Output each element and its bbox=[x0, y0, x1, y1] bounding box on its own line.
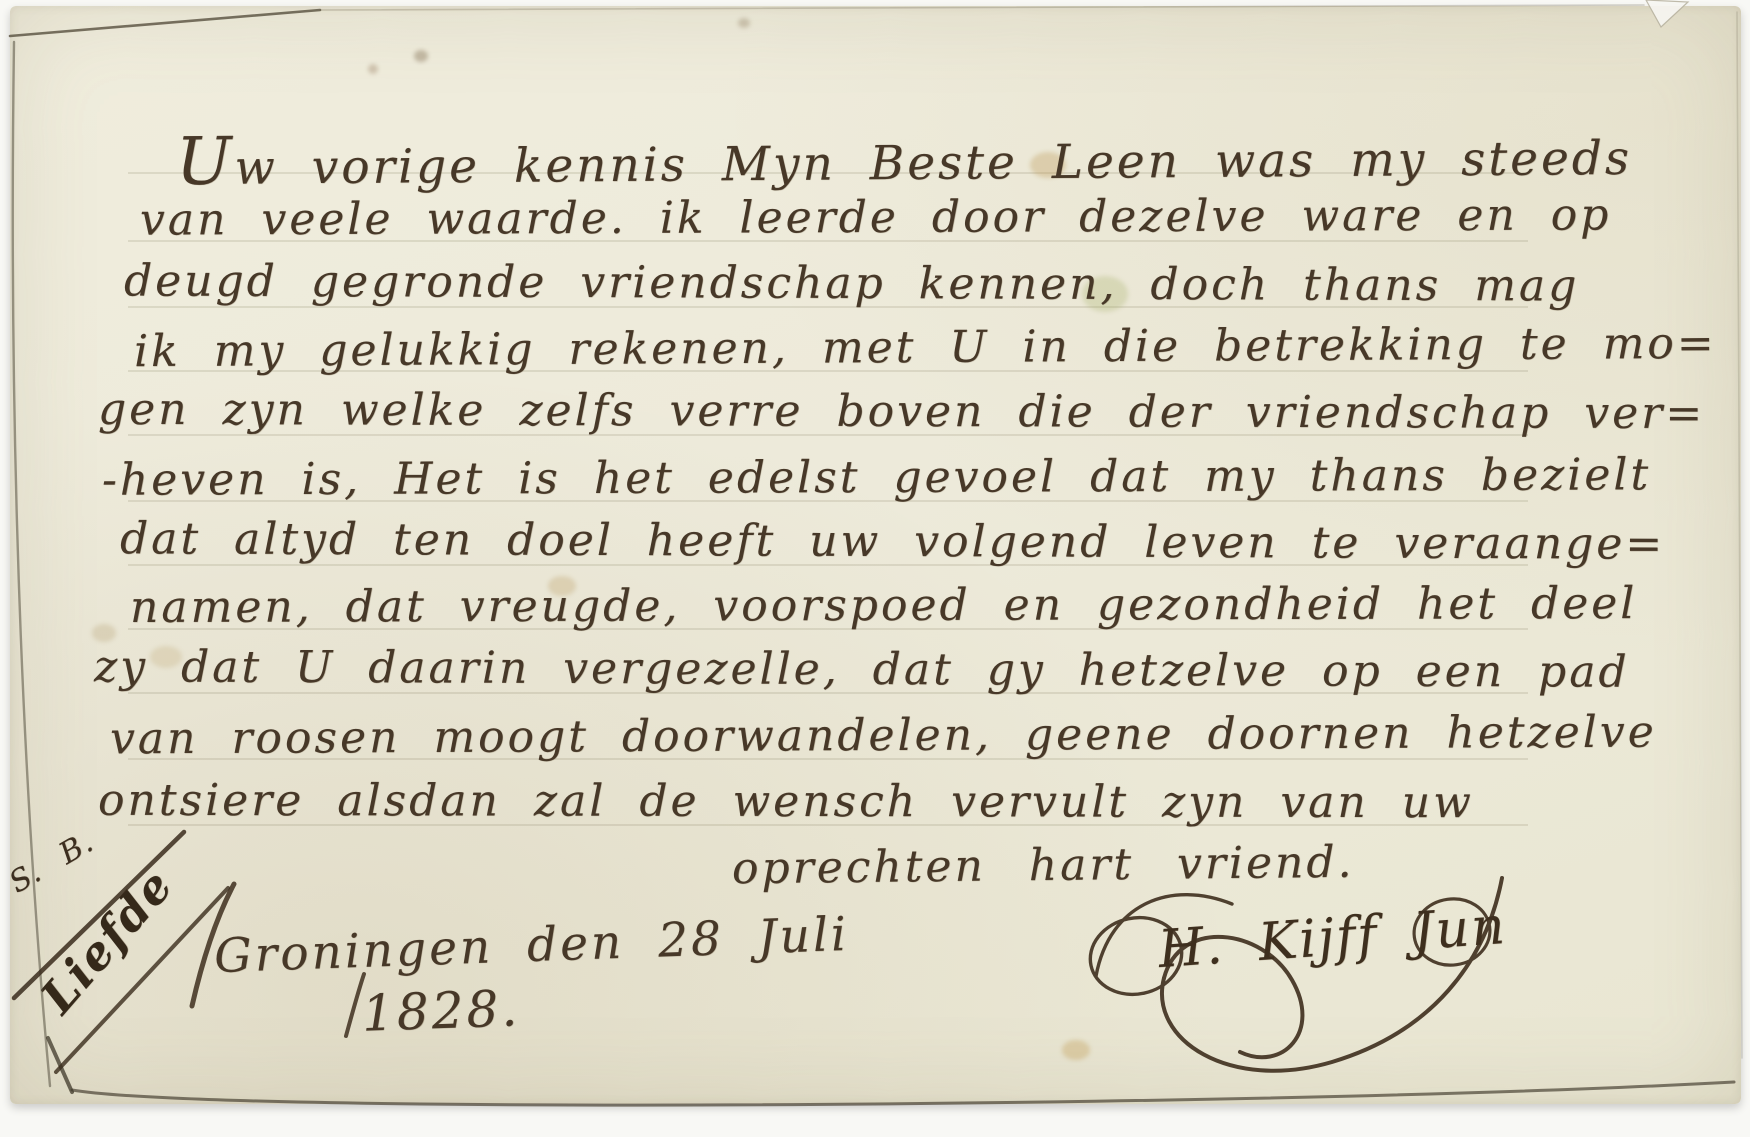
letter-line: ik my gelukkig rekenen, met U in die bet… bbox=[134, 318, 1717, 377]
stain bbox=[1062, 1040, 1090, 1060]
scanned-letter: Uw vorige kennis Myn Beste Leen was my s… bbox=[0, 0, 1750, 1137]
letter-line: deugd gegronde vriendschap kennen, doch … bbox=[124, 255, 1580, 311]
letter-line: gen zyn welke zelfs verre boven die der … bbox=[98, 384, 1705, 439]
letter-line: zy dat U daarin vergezelle, dat gy hetze… bbox=[94, 641, 1630, 697]
dateline-year: 1828. bbox=[361, 979, 521, 1042]
letter-line: ontsiere alsdan zal de wensch vervult zy… bbox=[98, 775, 1474, 828]
stain bbox=[738, 18, 750, 28]
closing-line: oprechten hart vriend. bbox=[732, 837, 1355, 895]
letter-line: namen, dat vreugde, voorspoed en gezondh… bbox=[130, 578, 1637, 633]
letter-line: van roosen moogt doorwandelen, geene doo… bbox=[110, 707, 1657, 765]
letter-line: van veele waarde. ik leerde door dezelve… bbox=[140, 189, 1612, 245]
letter-line: dat altyd ten doel heeft uw volgend leve… bbox=[120, 513, 1665, 569]
stain bbox=[92, 624, 116, 642]
stain bbox=[414, 50, 428, 62]
stain bbox=[368, 64, 378, 74]
letter-line: -heven is, Het is het edelst gevoel dat … bbox=[102, 449, 1651, 505]
letter-line: Uw vorige kennis Myn Beste Leen was my s… bbox=[176, 113, 1633, 200]
